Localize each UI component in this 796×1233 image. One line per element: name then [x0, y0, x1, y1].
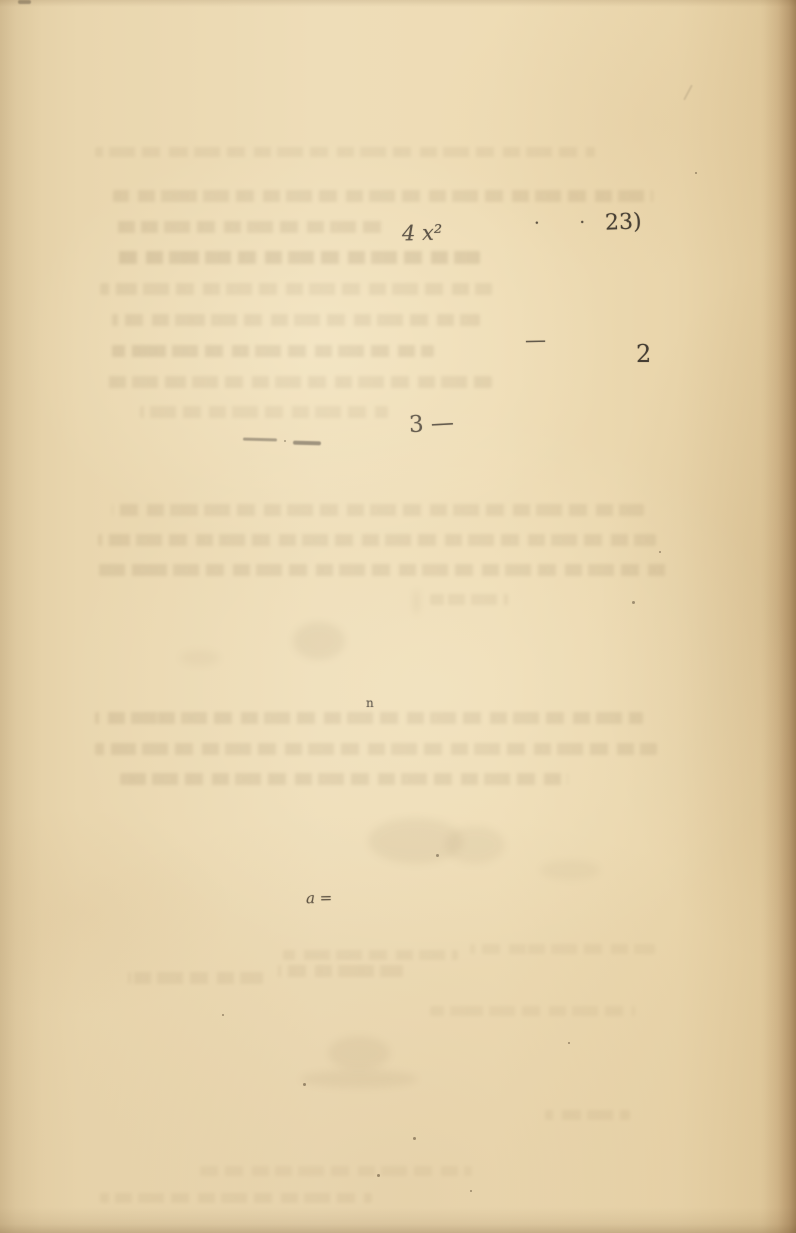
- math-term-4x2: 4 x²: [402, 223, 443, 245]
- equation-number-23: 23): [605, 211, 642, 234]
- math-term-a-equals: a =: [306, 891, 333, 906]
- digit-2: 2: [636, 342, 651, 366]
- minus-bar: —: [525, 330, 546, 351]
- scanned-book-page: 4 x² · · · 23) — 2 3 — n a =: [0, 0, 796, 1233]
- printed-math-layer: 4 x² · · · 23) — 2 3 — n a =: [0, 0, 796, 1233]
- variable-n: n: [366, 697, 374, 709]
- math-term-3-dash: 3 —: [408, 412, 454, 437]
